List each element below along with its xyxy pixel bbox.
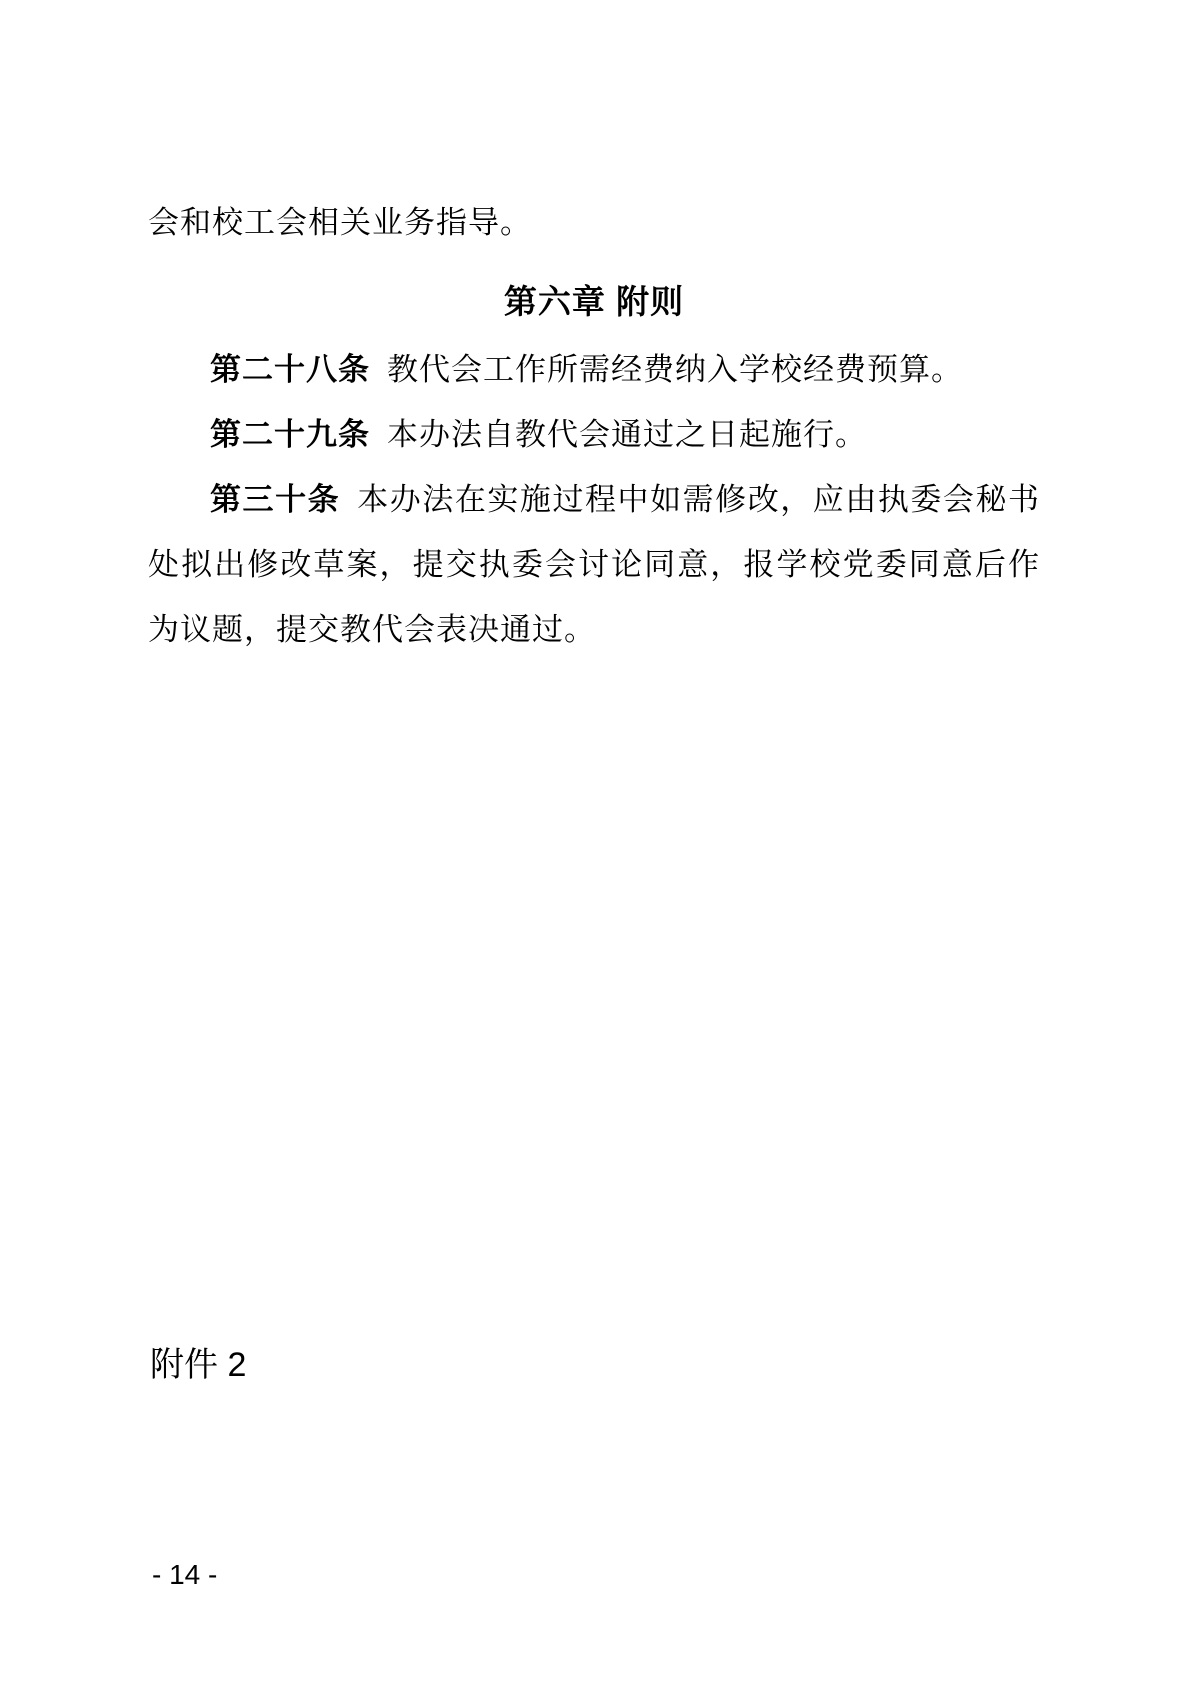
article-paragraph: 第二十九条本办法自教代会通过之日起施行。 [148, 402, 1040, 467]
article-paragraph: 第三十条本办法在实施过程中如需修改，应由执委会秘书处拟出修改草案，提交执委会讨论… [148, 467, 1040, 662]
page-number: - 14 - [152, 1558, 217, 1592]
attachment-label: 附件 2 [150, 1342, 246, 1388]
article-text: 本办法自教代会通过之日起施行。 [387, 417, 867, 452]
document-page: 会和校工会相关业务指导。 第六章 附则 第二十八条教代会工作所需经费纳入学校经费… [0, 0, 1191, 1684]
chapter-heading: 第六章 附则 [148, 267, 1040, 337]
article-text: 教代会工作所需经费纳入学校经费预算。 [387, 352, 963, 387]
article-paragraph: 第二十八条教代会工作所需经费纳入学校经费预算。 [148, 337, 1040, 402]
lead-paragraph: 会和校工会相关业务指导。 [148, 190, 1040, 255]
page-body: 会和校工会相关业务指导。 第六章 附则 第二十八条教代会工作所需经费纳入学校经费… [148, 190, 1040, 662]
article-number-label: 第二十九条 [210, 417, 370, 452]
article-number-label: 第二十八条 [210, 352, 370, 387]
article-number-label: 第三十条 [210, 482, 340, 517]
